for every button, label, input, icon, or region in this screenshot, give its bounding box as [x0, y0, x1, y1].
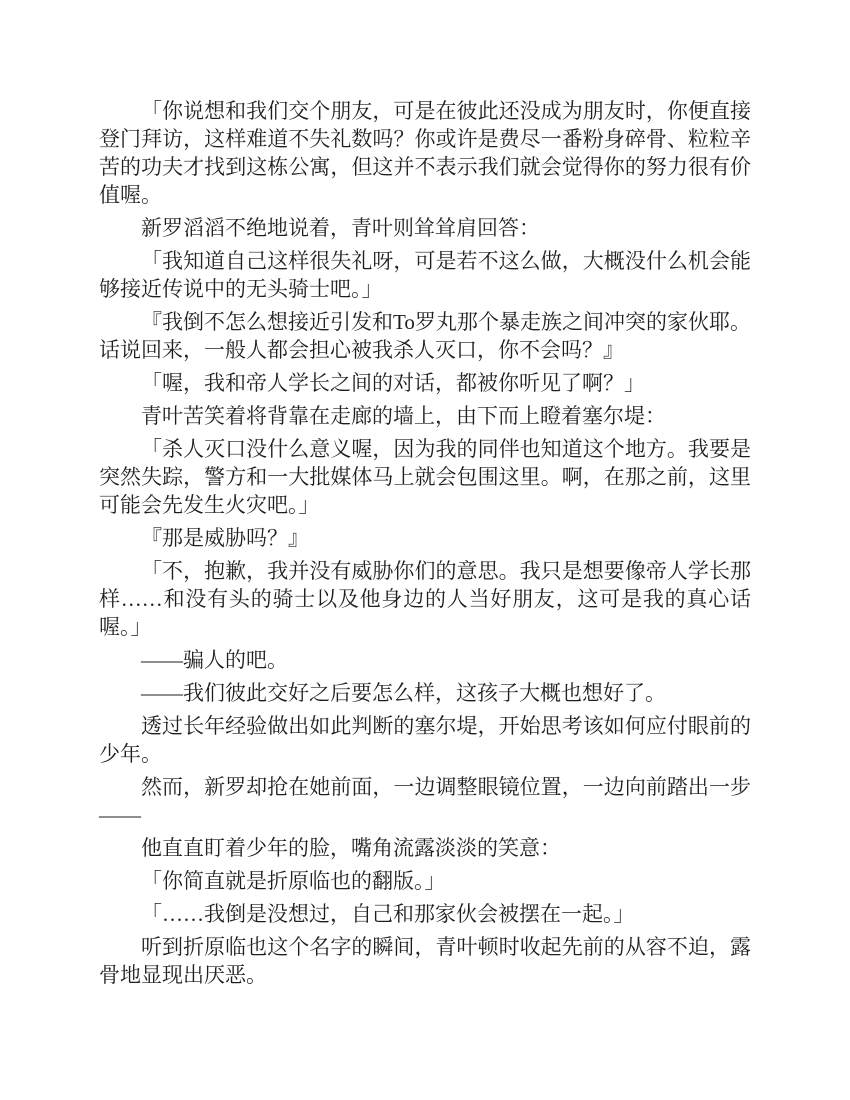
- paragraph: 『那是威胁吗？』: [99, 524, 751, 552]
- paragraph: 『我倒不怎么想接近引发和To罗丸那个暴走族之间冲突的家伙耶。话说回来，一般人都会…: [99, 308, 751, 364]
- paragraph: 「你简直就是折原临也的翻版。」: [99, 867, 751, 895]
- paragraph: ——我们彼此交好之后要怎么样，这孩子大概也想好了。: [99, 679, 751, 707]
- paragraph: 然而，新罗却抢在她前面，一边调整眼镜位置，一边向前踏出一步——: [99, 773, 751, 829]
- novel-page: 「你说想和我们交个朋友，可是在彼此还没成为朋友时，你便直接登门拜访，这样难道不失…: [0, 0, 850, 1100]
- paragraph: 「你说想和我们交个朋友，可是在彼此还没成为朋友时，你便直接登门拜访，这样难道不失…: [99, 97, 751, 209]
- paragraph: 「不，抱歉，我并没有威胁你们的意思。我只是想要像帝人学长那样……和没有头的骑士以…: [99, 557, 751, 641]
- paragraph: 新罗滔滔不绝地说着，青叶则耸耸肩回答：: [99, 214, 751, 242]
- paragraph: 透过长年经验做出如此判断的塞尔堤，开始思考该如何应付眼前的少年。: [99, 712, 751, 768]
- paragraph: 「喔，我和帝人学长之间的对话，都被你听见了啊？」: [99, 369, 751, 397]
- paragraph: 青叶苦笑着将背靠在走廊的墙上，由下而上瞪着塞尔堤：: [99, 402, 751, 430]
- paragraph: 他直直盯着少年的脸，嘴角流露淡淡的笑意：: [99, 834, 751, 862]
- paragraph: 听到折原临也这个名字的瞬间，青叶顿时收起先前的从容不迫，露骨地显现出厌恶。: [99, 933, 751, 989]
- paragraph: ——骗人的吧。: [99, 646, 751, 674]
- paragraph: 「杀人灭口没什么意义喔，因为我的同伴也知道这个地方。我要是突然失踪，警方和一大批…: [99, 435, 751, 519]
- novel-text-block: 「你说想和我们交个朋友，可是在彼此还没成为朋友时，你便直接登门拜访，这样难道不失…: [99, 97, 751, 989]
- paragraph: 「……我倒是没想过，自己和那家伙会被摆在一起。」: [99, 900, 751, 928]
- paragraph: 「我知道自己这样很失礼呀，可是若不这么做，大概没什么机会能够接近传说中的无头骑士…: [99, 247, 751, 303]
